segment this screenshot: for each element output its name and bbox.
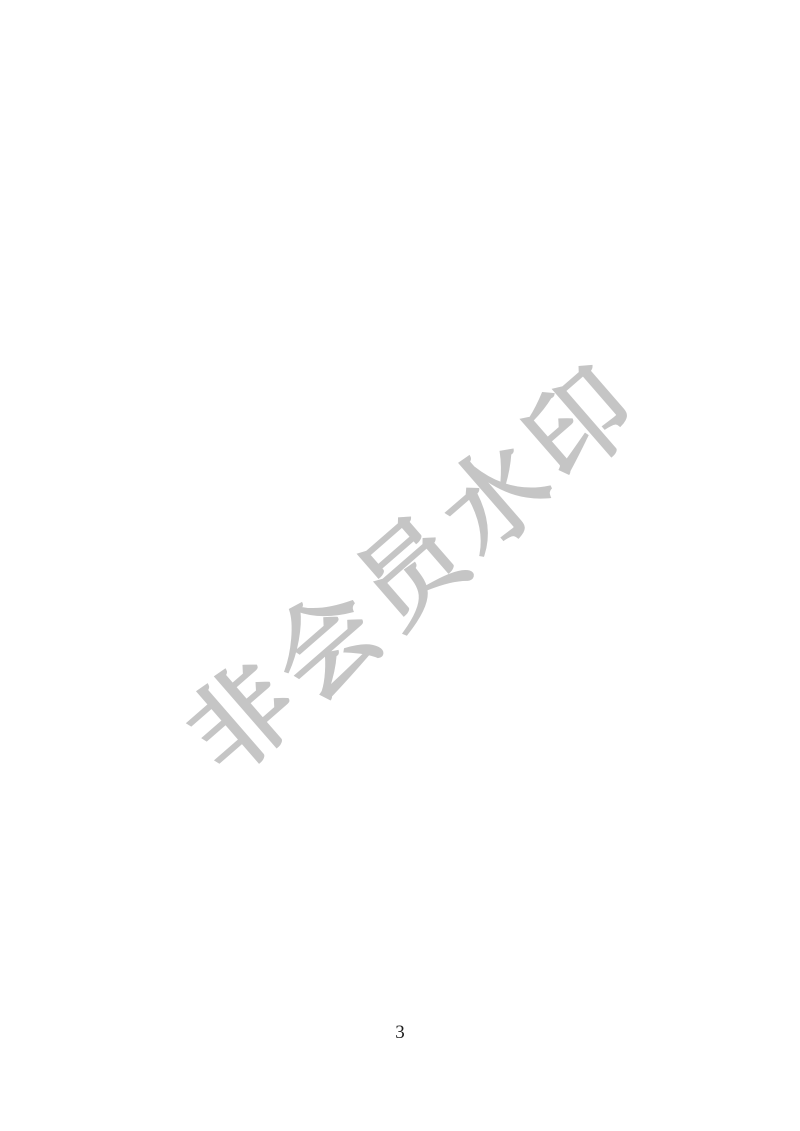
document-page: 非会员水印 3 (0, 0, 800, 1131)
page-number: 3 (0, 1020, 800, 1046)
watermark-text: 非会员水印 (151, 324, 669, 802)
